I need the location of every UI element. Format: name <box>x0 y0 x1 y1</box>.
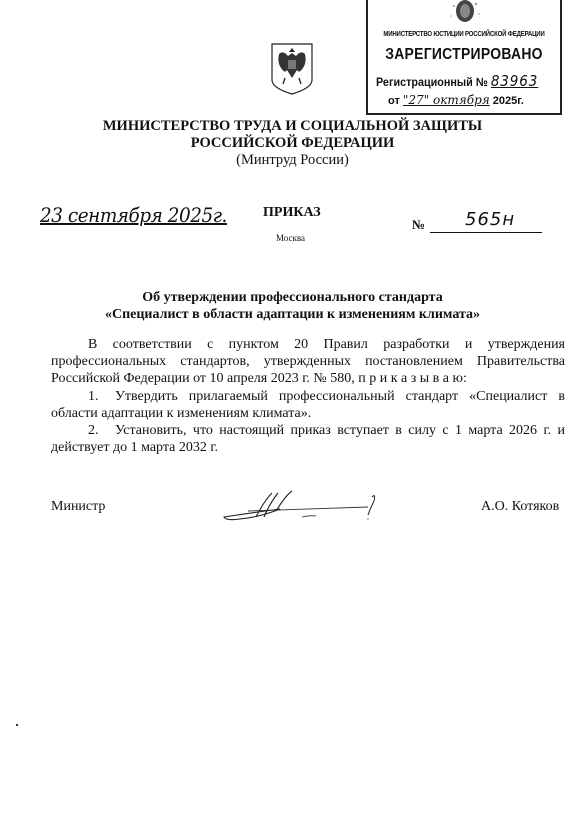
ministry-line-2: РОССИЙСКОЙ ФЕДЕРАЦИИ <box>0 135 585 152</box>
subject-line-1: Об утверждении профессионального стандар… <box>0 289 585 306</box>
signer-position: Министр <box>51 499 105 515</box>
order-city: Москва <box>276 233 305 243</box>
item-text: Установить, что настоящий приказ вступае… <box>51 423 565 455</box>
stamp-registration-number: Регистрационный № 83963 <box>376 72 538 90</box>
item-number: 1. <box>88 388 115 405</box>
stamp-year: 2025 <box>493 95 517 107</box>
item-number: 2. <box>88 422 115 439</box>
registration-stamp: МИНИСТЕРСТВО ЮСТИЦИИ РОССИЙСКОЙ ФЕДЕРАЦИ… <box>366 0 562 115</box>
stamp-ministry: МИНИСТЕРСТВО ЮСТИЦИИ РОССИЙСКОЙ ФЕДЕРАЦИ… <box>381 31 546 38</box>
stamp-date: от "27" октября 2025г. <box>388 93 524 107</box>
preamble: В соответствии с пунктом 20 Правил разра… <box>51 336 565 388</box>
order-number: 565н <box>465 209 515 230</box>
stamp-date-handwritten: "27" октября <box>403 93 490 107</box>
handwritten-signature-icon <box>220 487 400 527</box>
ministry-name: МИНИСТЕРСТВО ТРУДА И СОЦИАЛЬНОЙ ЗАЩИТЫ Р… <box>0 118 585 152</box>
order-title: ПРИКАЗ <box>263 205 321 221</box>
order-body: В соответствии с пунктом 20 Правил разра… <box>51 336 565 456</box>
order-item: 2.Установить, что настоящий приказ вступ… <box>51 422 565 456</box>
order-subject: Об утверждении профессионального стандар… <box>0 289 585 323</box>
order-number-line <box>430 232 542 233</box>
ministry-short-name: (Минтруд России) <box>0 152 585 169</box>
stamp-eagle-icon <box>448 0 482 26</box>
order-number-sign: № <box>412 217 425 233</box>
ministry-line-1: МИНИСТЕРСТВО ТРУДА И СОЦИАЛЬНОЙ ЗАЩИТЫ <box>0 118 585 135</box>
order-date: 23 сентября 2025г. <box>40 203 227 227</box>
subject-line-2: «Специалист в области адаптации к измене… <box>0 306 585 323</box>
stamp-year-suffix: г. <box>517 95 524 107</box>
stamp-reg-number: 83963 <box>491 72 538 90</box>
stamp-reg-label: Регистрационный № <box>376 75 488 89</box>
order-item: 1.Утвердить прилагаемый профессиональный… <box>51 388 565 422</box>
item-text: Утвердить прилагаемый профессиональный с… <box>51 389 565 421</box>
stamp-status: ЗАРЕГИСТРИРОВАНО <box>378 46 551 64</box>
signer-name: А.О. Котяков <box>481 499 559 515</box>
stamp-date-prefix: от <box>388 95 400 107</box>
scan-artifact <box>16 724 18 726</box>
coat-of-arms-icon <box>269 40 315 96</box>
